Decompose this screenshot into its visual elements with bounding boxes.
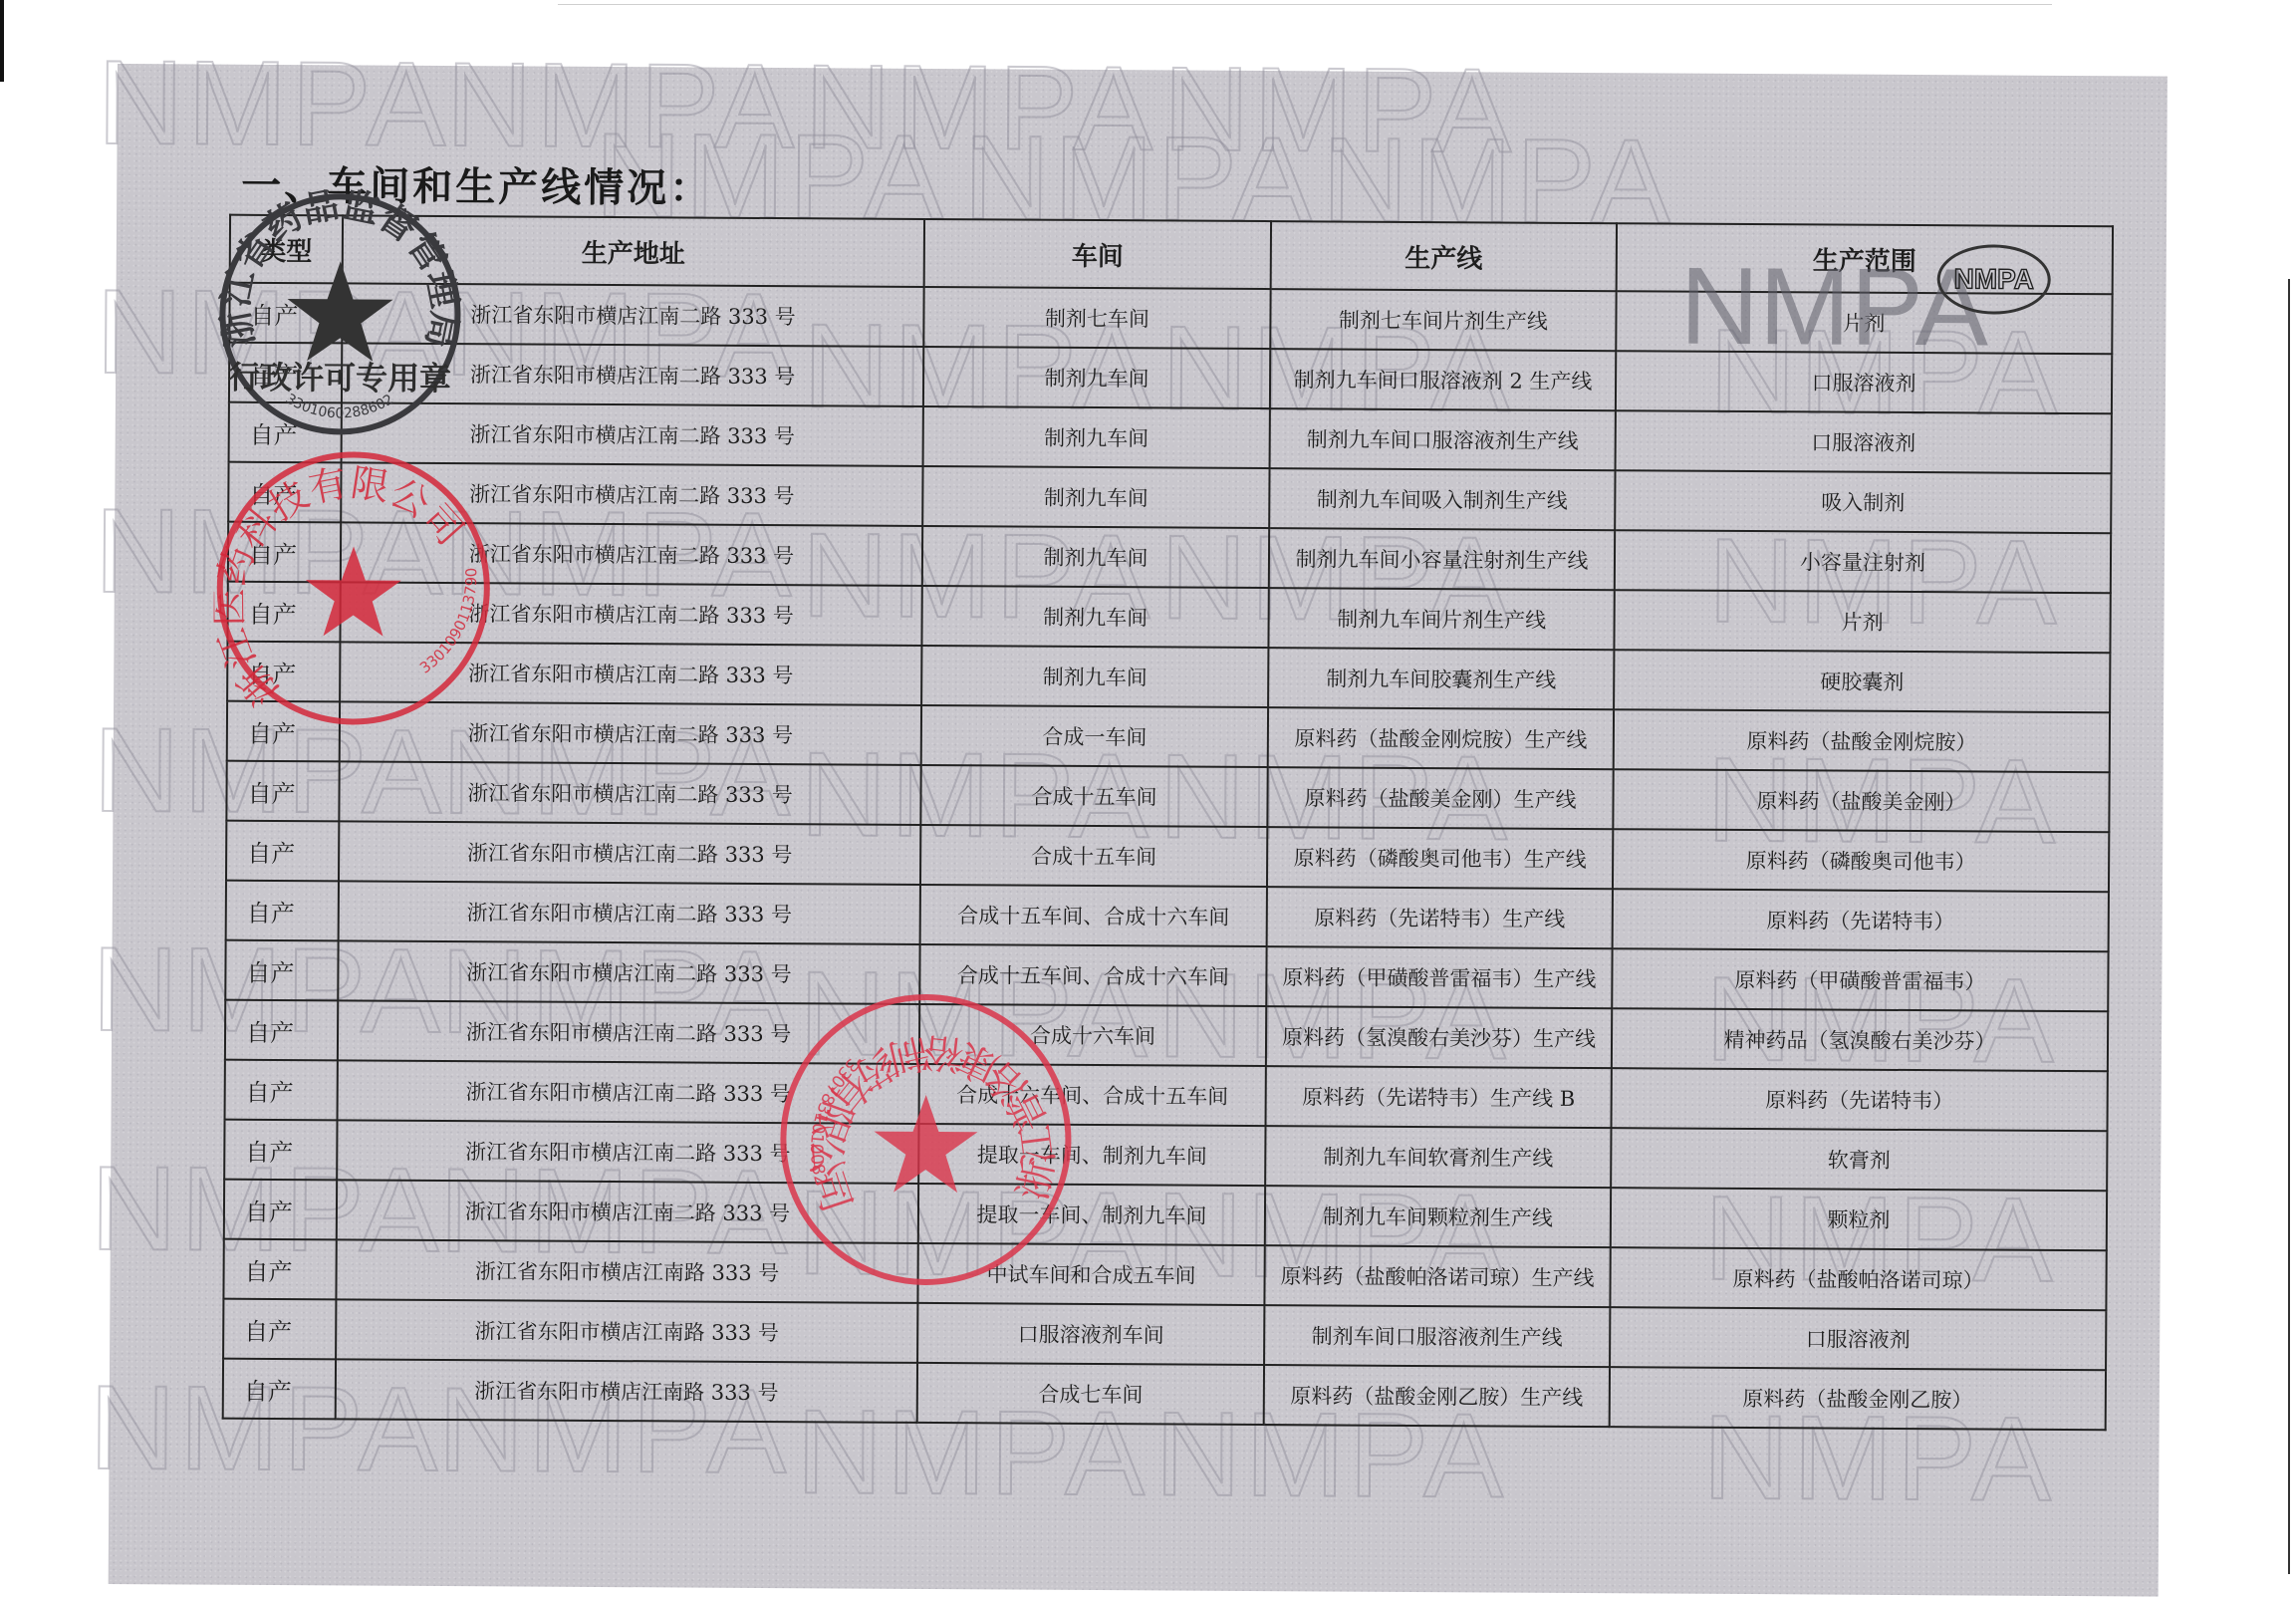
cell-workshop: 制剂七车间 [923,287,1270,349]
cell-type: 自产 [224,1120,337,1181]
cell-production-scope: 硬胶囊剂 [1614,650,2110,712]
cell-workshop: 中试车间和合成五车间 [917,1243,1264,1305]
cell-production-scope: 小容量注射剂 [1615,530,2111,593]
cell-type: 自产 [224,1180,337,1240]
cell-address: 浙江省东阳市横店江南二路 333 号 [339,821,920,885]
cell-production-line: 制剂九车间口服溶液剂生产线 [1270,408,1616,470]
cell-production-line: 原料药（甲磺酸普雷福韦）生产线 [1266,946,1612,1008]
workshop-production-line-table: 类型 生产地址 车间 生产线 生产范围 自产浙江省东阳市横店江南二路 333 号… [222,214,2114,1432]
cell-production-line: 制剂九车间片剂生产线 [1268,588,1614,650]
nmpa-watermark: NMPA [445,36,799,175]
cell-production-scope: 精神药品（氢溴酸右美沙芬） [1612,1008,2108,1071]
cell-type: 自产 [223,1359,336,1420]
cell-production-line: 制剂车间口服溶液剂生产线 [1264,1305,1610,1367]
cell-production-line: 原料药（盐酸帕洛诺司琼）生产线 [1264,1245,1610,1307]
cell-address: 浙江省东阳市横店江南二路 333 号 [341,462,922,526]
scan-edge-artifact [0,0,4,82]
cell-type: 自产 [228,462,341,523]
table-header-row: 类型 生产地址 车间 生产线 生产范围 [230,215,2113,295]
cell-address: 浙江省东阳市横店江南二路 333 号 [342,283,923,347]
cell-workshop: 合成十五车间 [920,825,1267,887]
nmpa-watermark: NMPA [97,34,450,173]
cell-workshop: 制剂九车间 [921,586,1268,648]
cell-production-scope: 口服溶液剂 [1610,1307,2106,1370]
cell-workshop: 合成十六车间 [919,1004,1266,1066]
cell-type: 自产 [226,881,339,941]
cell-type: 自产 [225,1060,338,1121]
cell-address: 浙江省东阳市横店江南路 333 号 [336,1239,917,1303]
scan-edge-artifact [558,4,2052,5]
cell-workshop: 合成十六车间、合成十五车间 [919,1064,1266,1126]
cell-production-line: 制剂九车间吸入制剂生产线 [1269,468,1615,530]
cell-type: 自产 [229,283,342,344]
cell-workshop: 提取一车间、制剂九车间 [918,1124,1265,1186]
cell-production-line: 制剂九车间胶囊剂生产线 [1268,648,1614,709]
cell-address: 浙江省东阳市横店江南路 333 号 [336,1299,917,1363]
nmpa-watermark: NMPA [804,38,1157,177]
cell-production-line: 制剂九车间软膏剂生产线 [1265,1126,1611,1188]
cell-workshop: 制剂九车间 [922,526,1269,588]
cell-address: 浙江省东阳市横店江南二路 333 号 [338,940,919,1004]
cell-production-scope: 软膏剂 [1611,1128,2107,1191]
header-production-line: 生产线 [1271,221,1617,291]
cell-address: 浙江省东阳市横店江南二路 333 号 [341,522,922,586]
cell-workshop: 制剂九车间 [922,466,1269,528]
cell-address: 浙江省东阳市横店江南二路 333 号 [337,1180,918,1243]
cell-workshop: 合成十五车间、合成十六车间 [920,885,1267,946]
section-title: 一、车间和生产线情况： [241,154,712,214]
cell-production-line: 制剂九车间小容量注射剂生产线 [1269,528,1615,590]
cell-type: 自产 [223,1239,336,1300]
cell-production-scope: 原料药（盐酸美金刚） [1613,769,2109,832]
cell-production-line: 原料药（磷酸奥司他韦）生产线 [1267,827,1613,889]
cell-production-scope: 原料药（盐酸金刚烷胺） [1614,709,2110,772]
cell-workshop: 合成十五车间、合成十六车间 [919,944,1266,1006]
cell-type: 自产 [227,642,340,702]
watermark-layer: NMPANMPANMPANMPANMPANMPANMPANMPANMPANMPA… [118,64,2168,77]
cell-workshop: 提取一车间、制剂九车间 [918,1184,1265,1245]
cell-address: 浙江省东阳市横店江南二路 333 号 [339,881,920,944]
cell-address: 浙江省东阳市横店江南二路 333 号 [338,1060,919,1124]
document-page: NMPANMPANMPANMPANMPANMPANMPANMPANMPANMPA… [109,64,2168,1590]
cell-production-line: 原料药（盐酸金刚烷胺）生产线 [1268,707,1614,769]
cell-address: 浙江省东阳市横店江南二路 333 号 [339,761,920,825]
cell-type: 自产 [228,522,341,583]
cell-workshop: 合成七车间 [917,1363,1264,1425]
cell-production-line: 原料药（氢溴酸右美沙芬）生产线 [1266,1006,1612,1068]
cell-address: 浙江省东阳市横店江南二路 333 号 [338,1000,919,1064]
cell-production-scope: 口服溶液剂 [1616,351,2112,413]
cell-address: 浙江省东阳市横店江南二路 333 号 [340,701,921,765]
cell-workshop: 制剂九车间 [923,406,1270,468]
header-workshop: 车间 [924,219,1271,289]
cell-address: 浙江省东阳市横店江南二路 333 号 [340,642,921,705]
cell-production-line: 原料药（盐酸金刚乙胺）生产线 [1264,1365,1610,1427]
cell-production-scope: 片剂 [1614,590,2110,653]
cell-type: 自产 [227,701,340,762]
cell-production-scope: 原料药（盐酸金刚乙胺） [1610,1367,2106,1430]
cell-workshop: 制剂九车间 [923,347,1270,408]
cell-production-line: 原料药（先诺特韦）生产线 B [1266,1066,1612,1128]
header-type: 类型 [230,215,343,284]
cell-type: 自产 [223,1299,336,1360]
cell-address: 浙江省东阳市横店江南二路 333 号 [337,1120,918,1184]
cell-production-line: 制剂九车间口服溶液剂 2 生产线 [1270,349,1616,410]
scan-edge-artifact [2288,279,2290,1574]
cell-workshop: 合成十五车间 [920,765,1267,827]
cell-type: 自产 [226,821,339,882]
cell-production-line: 制剂九车间颗粒剂生产线 [1265,1186,1611,1247]
cell-type: 自产 [225,1000,338,1061]
cell-production-line: 原料药（先诺特韦）生产线 [1267,887,1613,948]
cell-workshop: 制剂九车间 [921,646,1268,707]
cell-production-scope: 原料药（甲磺酸普雷福韦） [1612,948,2108,1011]
cell-production-scope: 颗粒剂 [1611,1188,2107,1250]
cell-type: 自产 [225,940,338,1001]
cell-type: 自产 [229,343,342,403]
cell-production-scope: 原料药（先诺特韦） [1613,889,2109,951]
cell-production-scope: 吸入制剂 [1615,470,2111,533]
cell-production-scope: 原料药（磷酸奥司他韦） [1613,829,2109,892]
cell-address: 浙江省东阳市横店江南路 333 号 [336,1359,917,1423]
cell-production-scope: 口服溶液剂 [1616,410,2112,473]
cell-type: 自产 [226,761,339,822]
nmpa-logo-icon: NMPA [1936,244,2050,315]
cell-workshop: 合成一车间 [921,705,1268,767]
cell-production-line: 原料药（盐酸美金刚）生产线 [1267,767,1613,829]
cell-address: 浙江省东阳市横店江南二路 333 号 [340,582,921,646]
cell-type: 自产 [229,402,342,463]
nmpa-watermark: NMPA [1162,40,1516,179]
cell-workshop: 口服溶液剂车间 [917,1303,1264,1365]
cell-production-scope: 原料药（先诺特韦） [1612,1068,2108,1131]
table-row: 自产浙江省东阳市横店江南路 333 号合成七车间原料药（盐酸金刚乙胺）生产线原料… [223,1359,2106,1431]
cell-production-scope: 原料药（盐酸帕洛诺司琼） [1610,1247,2106,1310]
cell-address: 浙江省东阳市横店江南二路 333 号 [342,402,923,466]
header-address: 生产地址 [343,215,924,287]
cell-address: 浙江省东阳市横店江南二路 333 号 [342,343,923,406]
cell-production-line: 制剂七车间片剂生产线 [1270,289,1616,351]
cell-type: 自产 [227,582,340,643]
